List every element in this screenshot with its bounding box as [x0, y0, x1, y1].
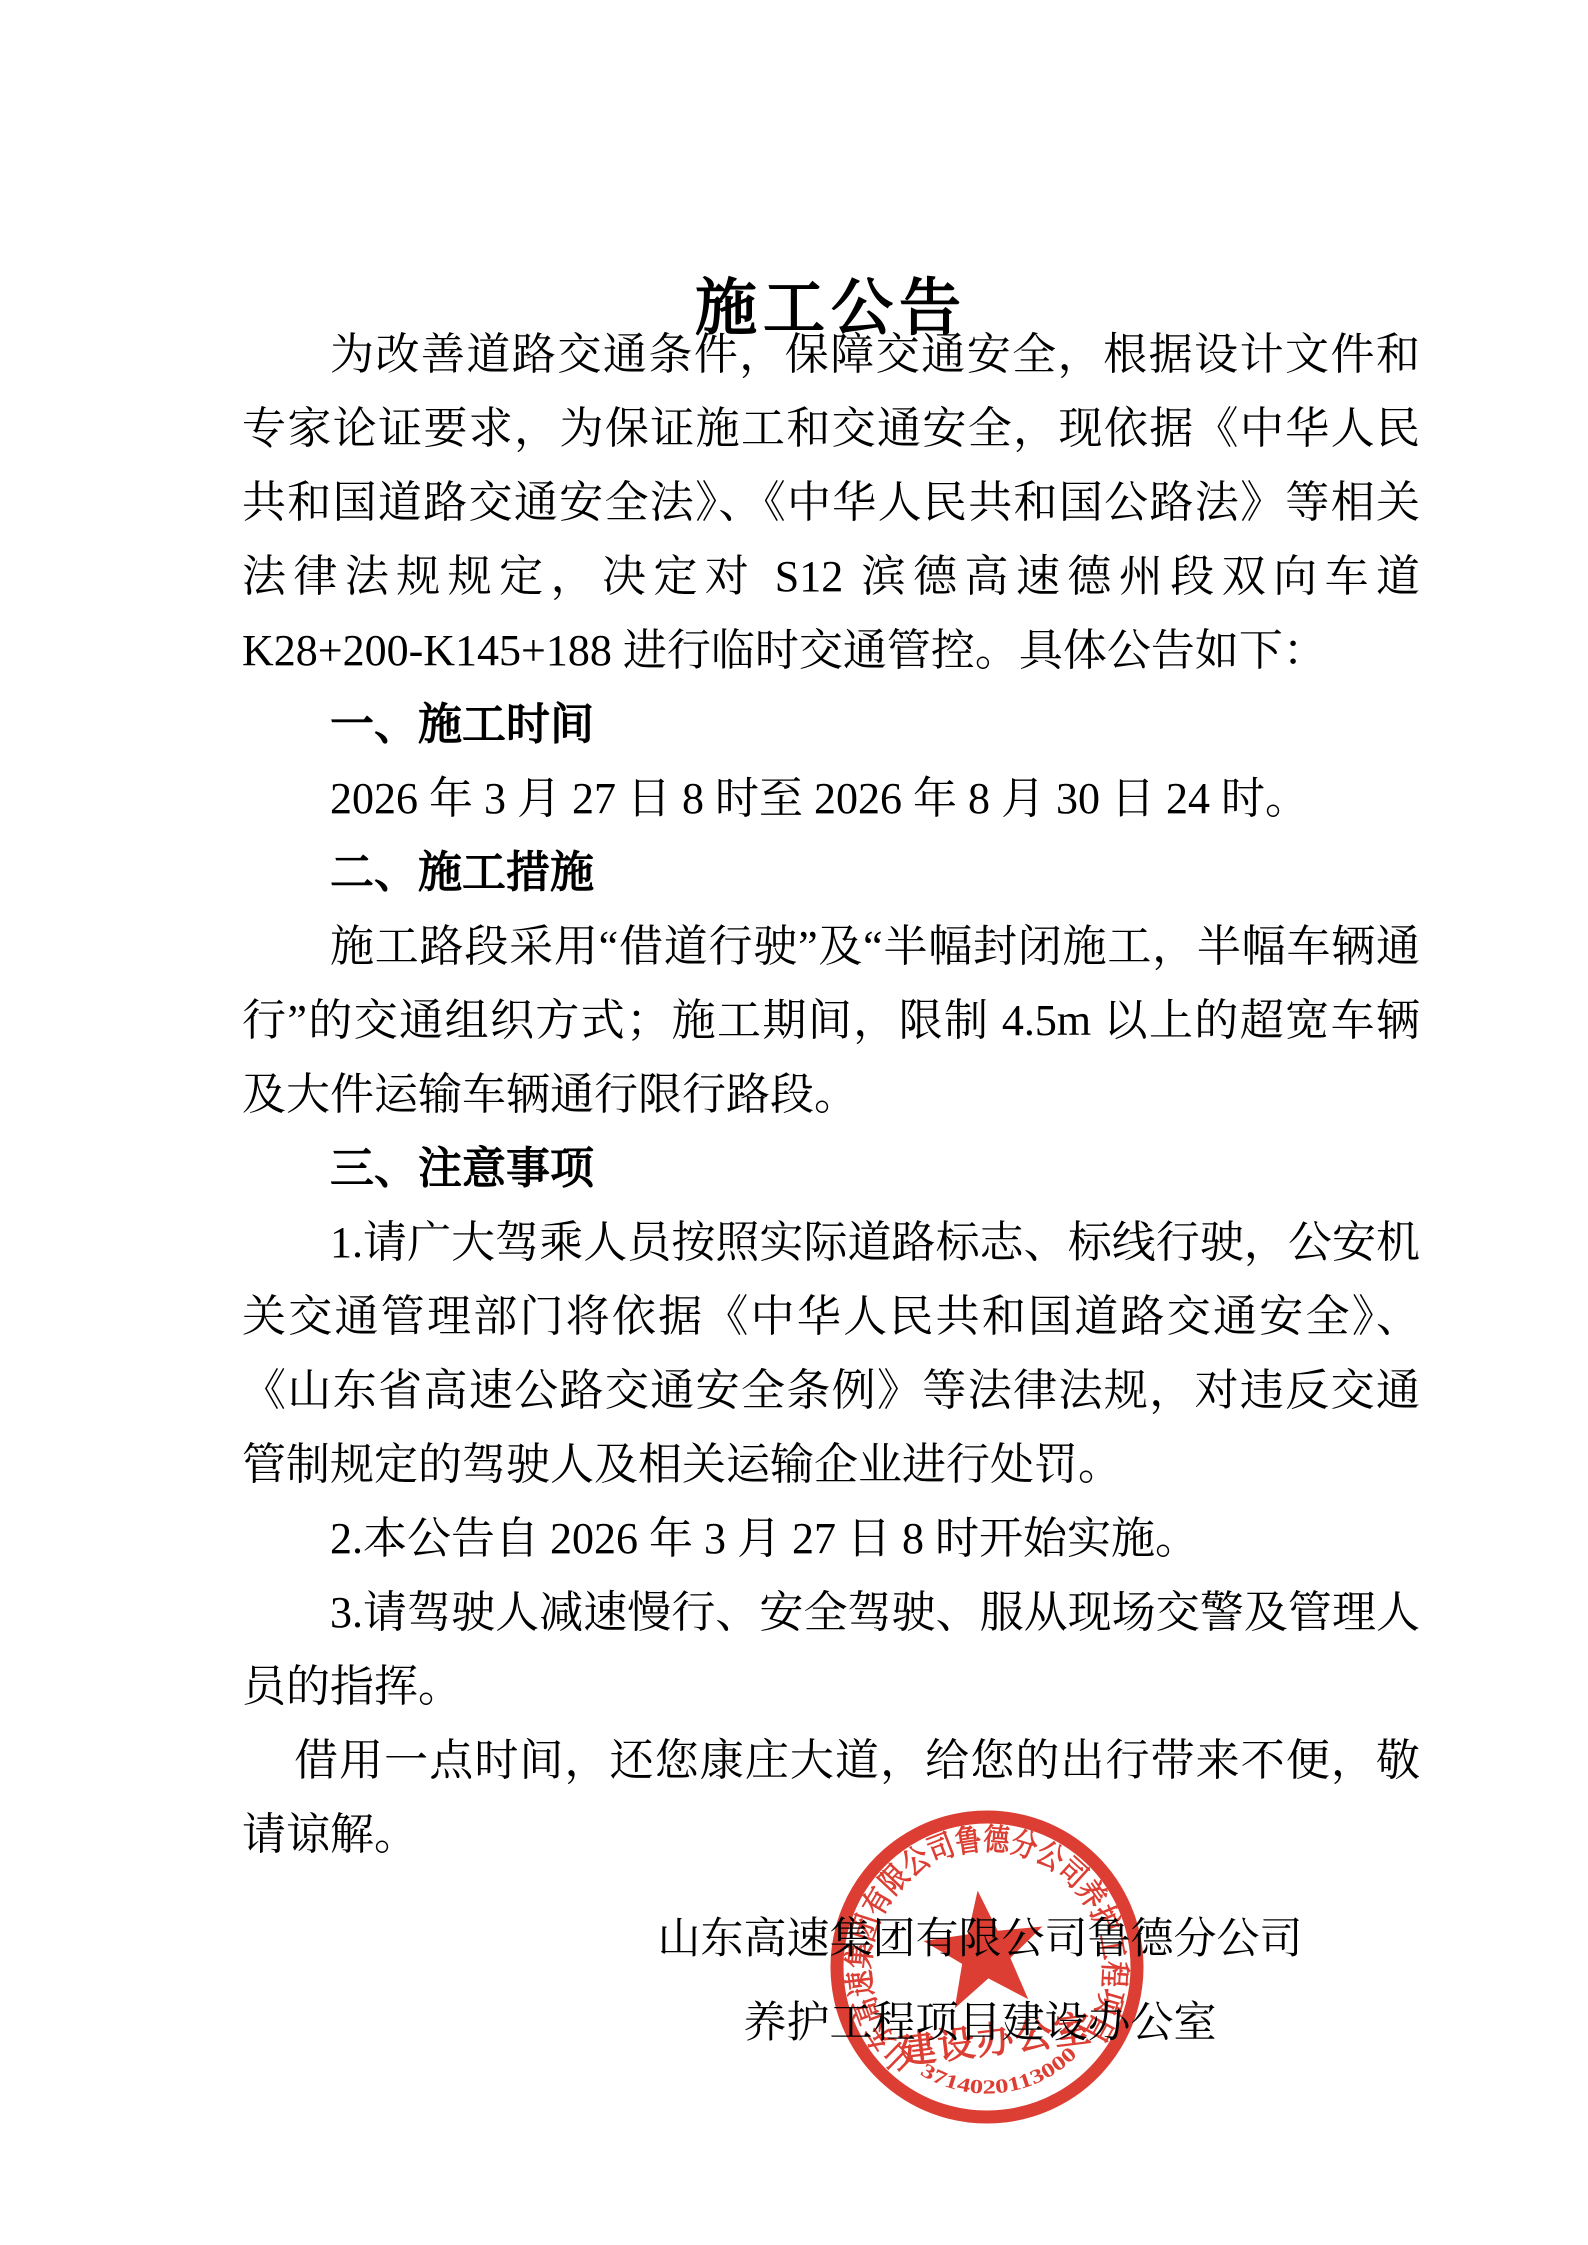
signature-block: 山东高速集团有限公司鲁德分公司 养护工程项目建设办公室	[630, 1898, 1330, 2066]
announcement-page: 施工公告 为改善道路交通条件，保障交通安全，根据设计文件和专家论证要求，为保证施…	[0, 0, 1588, 2245]
section-heading-construction-measures: 二、施工措施	[242, 836, 1420, 910]
notes-item-3: 3.请驾驶人减速慢行、安全驾驶、服从现场交警及管理人员的指挥。	[242, 1576, 1420, 1724]
signature-office-line: 养护工程项目建设办公室	[630, 1982, 1330, 2066]
intro-paragraph: 为改善道路交通条件，保障交通安全，根据设计文件和专家论证要求，为保证施工和交通安…	[242, 318, 1420, 688]
notes-item-2: 2.本公告自 2026 年 3 月 27 日 8 时开始实施。	[242, 1502, 1420, 1576]
construction-time-paragraph: 2026 年 3 月 27 日 8 时至 2026 年 8 月 30 日 24 …	[242, 762, 1420, 836]
notes-item-1: 1.请广大驾乘人员按照实际道路标志、标线行驶，公安机关交通管理部门将依据《中华人…	[242, 1206, 1420, 1502]
section-heading-notes: 三、注意事项	[242, 1132, 1420, 1206]
document-body: 为改善道路交通条件，保障交通安全，根据设计文件和专家论证要求，为保证施工和交通安…	[242, 318, 1420, 1872]
construction-measures-paragraph: 施工路段采用“借道行驶”及“半幅封闭施工，半幅车辆通行”的交通组织方式；施工期间…	[242, 910, 1420, 1132]
section-heading-construction-time: 一、施工时间	[242, 688, 1420, 762]
closing-paragraph: 借用一点时间，还您康庄大道，给您的出行带来不便，敬请谅解。	[242, 1724, 1420, 1872]
signature-company-line: 山东高速集团有限公司鲁德分公司	[630, 1898, 1330, 1982]
